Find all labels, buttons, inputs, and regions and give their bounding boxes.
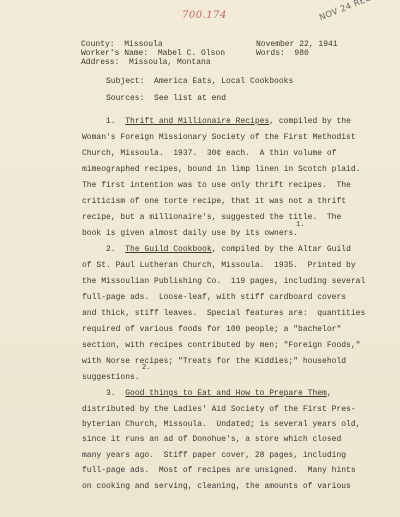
handwritten-ref-number: 700.174 [182,10,227,21]
entry-text: section, with recipes contributed by men… [82,341,360,350]
entry-number: 3. [106,389,116,398]
entry-text: , compiled by the [269,117,351,126]
entry-text: Woman's Foreign Missionary Society of th… [82,133,356,142]
subject-value: America Eats, Local Cookbooks [154,77,293,86]
header-left: County: Missoula Worker's Name: Mabel C.… [81,40,225,67]
entry-text: of St. Paul Lutheran Church, Missoula. 1… [82,261,356,270]
document-page: 700.174 NOV 24 REC'D County: Missoula Wo… [0,0,400,517]
entry-2-first-line: 2. The Guild Cookbook, compiled by the A… [106,245,351,254]
entry-text: The first intention was to use only thri… [82,181,351,190]
worker-label: Worker's Name: [81,49,148,58]
subject-label: Subject: [106,77,144,86]
entry-text: distributed by the Ladies' Aid Society o… [82,405,356,414]
entry-text: Church, Missoula. 1937. 30¢ each. A thin… [82,149,336,158]
entry-text: and thick, stiff leaves. Special feature… [82,309,365,318]
address-value: Missoula, Montana [129,58,211,67]
entry-3-first-line: 3. Good things to Eat and How to Prepare… [106,389,332,398]
entry-text: full-page ads. Most of recipes are unsig… [82,466,356,475]
entry-text: full-page ads. Loose-leaf, with stiff ca… [82,293,346,302]
entry-text: many years ago. Stiff paper cover, 28 pa… [82,451,346,460]
entry-text: with Norse recipes; "Treats for the Kidd… [82,357,346,366]
entry-text: criticism of one torte recipe, that it w… [82,197,346,206]
entry-title: Good things to Eat and How to Prepare Th… [125,389,327,398]
entry-text: on cooking and serving, cleaning, the am… [82,482,351,491]
subject-line: Subject: America Eats, Local Cookbooks [106,77,293,86]
sources-line: Sources: See list at end [106,94,226,103]
sources-label: Sources: [106,94,144,103]
entry-text: mimeographed recipes, bound in limp line… [82,165,360,174]
date-value: November 22, 1941 [256,40,338,49]
county-label: County: [81,40,115,49]
entry-title: The Guild Cookbook [125,245,211,254]
address-label: Address: [81,58,119,67]
entry-text: , [327,389,332,398]
received-date-stamp: NOV 24 REC'D [318,0,382,23]
worker-value: Mabel C. Olson [158,49,225,58]
sources-value: See list at end [154,94,226,103]
entry-title: Thrift and Millionaire Recipes [125,117,269,126]
entry-text: suggestions. [82,373,140,382]
entry-text: byterian Church, Missoula. Undated; is s… [82,420,360,429]
header-right: November 22, 1941 Words: 980 [256,40,338,58]
words-value: 980 [294,49,308,58]
entry-text: , compiled by the Altar Guild [212,245,351,254]
entry-text: required of various foods for 100 people… [82,325,341,334]
entry-text: book is given almost daily use by its ow… [82,229,298,238]
entry-1-first-line: 1. Thrift and Millionaire Recipes, compi… [106,117,351,126]
entry-number: 1. [106,117,116,126]
entry-number: 2. [106,245,116,254]
footnote-marker: 2. [142,364,150,372]
county-value: Missoula [124,40,162,49]
footnote-marker: 1. [296,221,304,229]
words-label: Words: [256,49,285,58]
entry-text: since it runs an ad of Donohue's, a stor… [82,435,341,444]
entry-text: the Missoulian Publishing Co. 119 pages,… [82,277,365,286]
